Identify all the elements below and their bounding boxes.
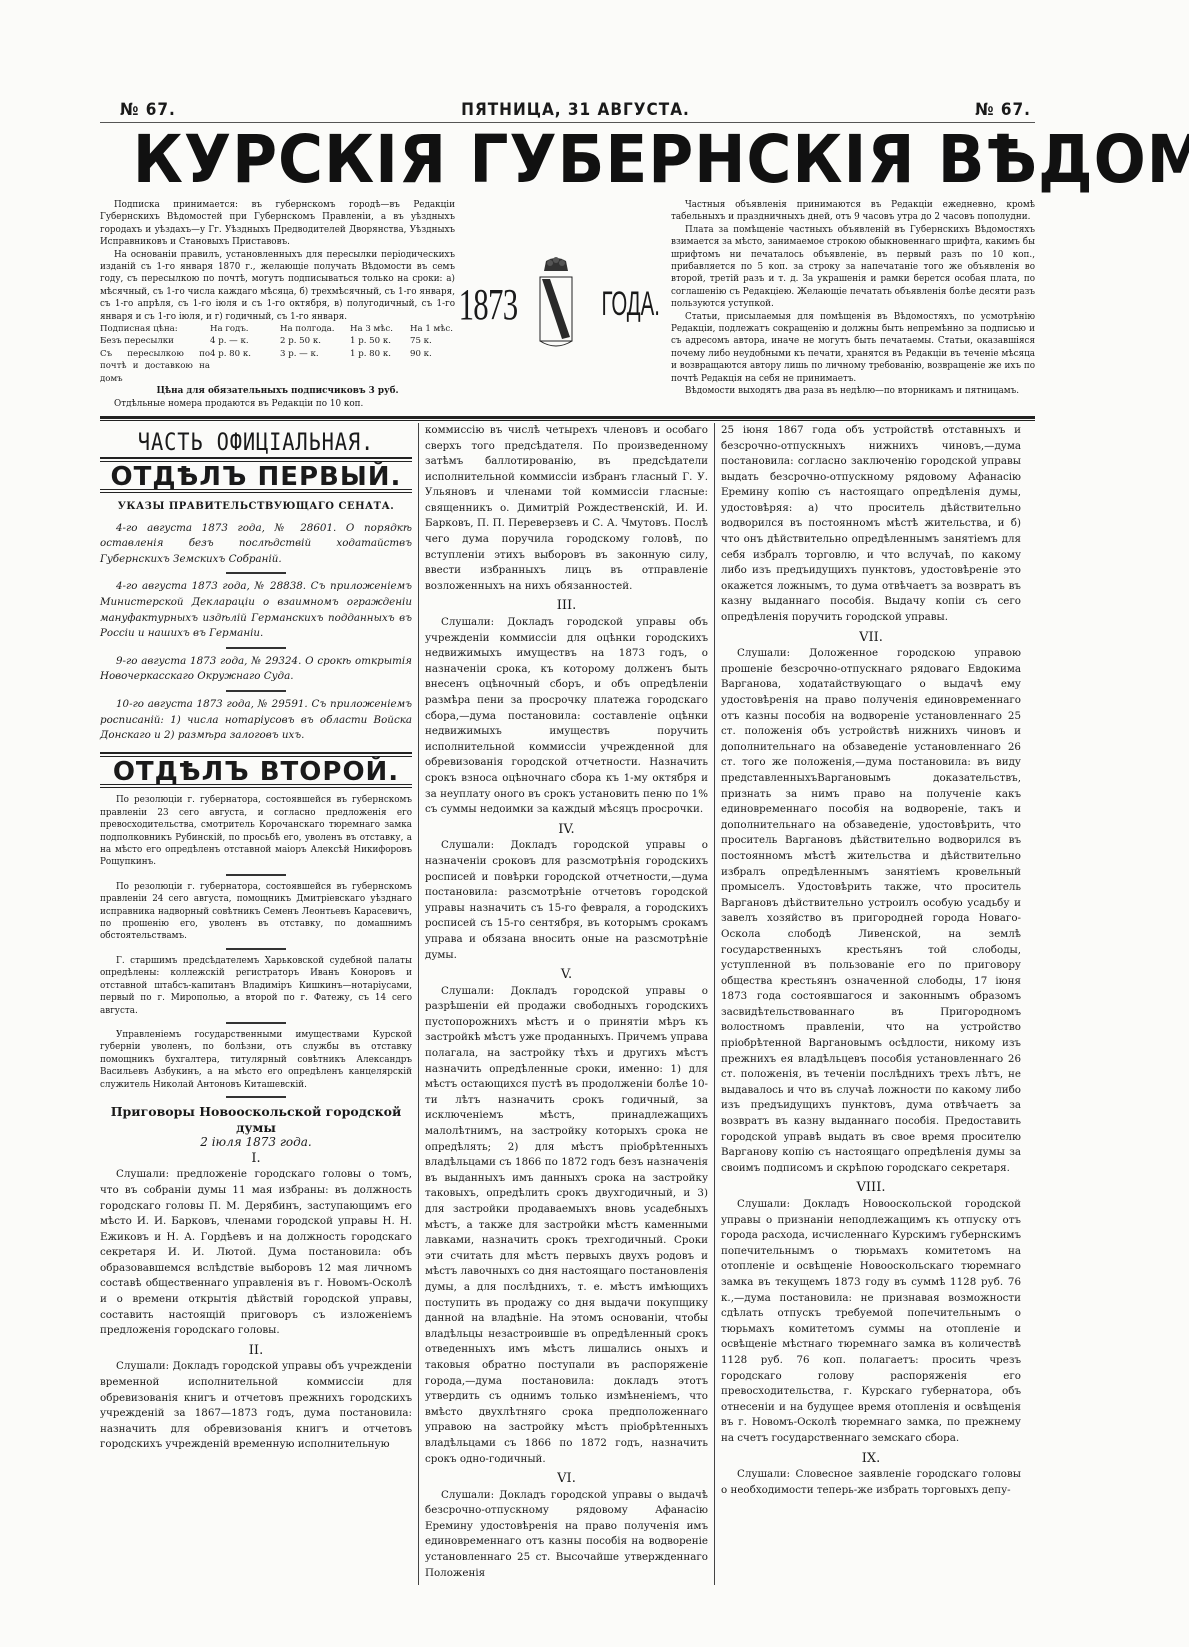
column-2: коммиссію въ числѣ четырехъ членовъ и ос…	[418, 423, 715, 1585]
order-item: Управленіемъ государственными имуществам…	[100, 1029, 412, 1091]
verdict-item: Слушали: Докладъ городской управы о назн…	[425, 838, 708, 963]
price-row1-year: 4 р. — к.	[210, 335, 280, 347]
issue-number-right: № 67.	[975, 100, 1031, 120]
emblem-block: 1873 ГОДА.	[463, 199, 663, 410]
item-number: VIII.	[721, 1180, 1021, 1196]
price-header-half: На полгода.	[280, 323, 350, 335]
verdict-item: Слушали: Словесное заявленіе городскаго …	[721, 1467, 1021, 1498]
issue-line: № 67. ПЯТНИЦА, 31 АВГУСТА. № 67.	[100, 100, 1035, 123]
decree-item: 10-го августа 1873 года, № 29591. Съ при…	[100, 697, 412, 744]
subscription-info: Подписка принимается: въ губернскомъ гор…	[100, 199, 455, 410]
column-3: 25 іюня 1867 года объ устройствѣ отставн…	[715, 423, 1027, 1585]
separator	[226, 647, 286, 649]
section-first-title: ОТДѢЛЪ ПЕРВЫЙ.	[100, 470, 412, 486]
section-second-title: ОТДѢЛЪ ВТОРОЙ.	[100, 765, 412, 781]
verdict-item: Слушали: Докладъ городской управы о разр…	[425, 984, 708, 1467]
order-item: Г. старшимъ предсѣдателемъ Харьковской с…	[100, 955, 412, 1017]
decree-item: 4-го августа 1873 года, № 28838. Съ прил…	[100, 579, 412, 641]
decree-item: 9-го августа 1873 года, № 29324. О срокѣ…	[100, 654, 412, 685]
separator	[226, 874, 286, 876]
divider	[100, 457, 412, 462]
header-rule	[100, 416, 1035, 421]
order-item: По резолюціи г. губернатора, состоявшейс…	[100, 794, 412, 868]
official-part-title: ЧАСТЬ ОФИЦІАЛЬНАЯ.	[123, 435, 388, 451]
separator	[226, 1022, 286, 1024]
price-row1-1m: 75 к.	[410, 335, 455, 347]
price-row1-3m: 1 р. 50 к.	[350, 335, 410, 347]
subscription-p1: Подписка принимается: въ губернскомъ гор…	[100, 199, 455, 249]
separator	[226, 572, 286, 574]
newspaper-page: № 67. ПЯТНИЦА, 31 АВГУСТА. № 67. КУРСКІЯ…	[100, 100, 1035, 1585]
price-header-label: Подписная цѣна:	[100, 323, 210, 335]
ads-p2: Плата за помѣщеніе частныхъ объявленій в…	[671, 224, 1035, 311]
price-row1-label: Безъ пересылки	[100, 335, 210, 347]
separator	[226, 1096, 286, 1098]
separator	[226, 948, 286, 950]
item-number: IV.	[425, 822, 708, 838]
item-number: IX.	[721, 1451, 1021, 1467]
continued-text: коммиссію въ числѣ четырехъ членовъ и ос…	[425, 423, 708, 595]
decree-item: 4-го августа 1873 года, № 28601. О поряд…	[100, 521, 412, 568]
item-number: VII.	[721, 630, 1021, 646]
price-row2-half: 3 р. — к.	[280, 348, 350, 385]
verdict-item: Слушали: Докладъ городской управы объ уч…	[100, 1359, 412, 1453]
price-row2-1m: 90 к.	[410, 348, 455, 385]
price-row2-year: 4 р. 80 к.	[210, 348, 280, 385]
ads-p4: Вѣдомости выходятъ два раза въ недѣлю—по…	[671, 385, 1035, 397]
verdict-item: Слушали: Докладъ городской управы объ уч…	[425, 615, 708, 818]
verdict-item: Слушали: предложеніе городскаго головы о…	[100, 1167, 412, 1339]
item-number: II.	[100, 1343, 412, 1359]
goda-label: ГОДА.	[602, 299, 660, 310]
subscription-p2: На основаніи правилъ, установленныхъ для…	[100, 249, 455, 323]
price-header-year: На годъ.	[210, 323, 280, 335]
separator	[226, 690, 286, 692]
year-label: 1873	[459, 299, 518, 310]
item-number: VI.	[425, 1471, 708, 1487]
senate-decrees-title: УКАЗЫ ПРАВИТЕЛЬСТВУЮЩАГО СЕНАТА.	[100, 499, 412, 515]
price-header-1m: На 1 мѣс.	[410, 323, 455, 335]
price-row2-3m: 1 р. 80 к.	[350, 348, 410, 385]
advertising-info: Частныя объявленія принимаются въ Редакц…	[671, 199, 1035, 410]
item-number: III.	[425, 598, 708, 614]
issue-number-left: № 67.	[120, 100, 176, 120]
price-header-3m: На 3 мѣс.	[350, 323, 410, 335]
duma-verdicts-title: Приговоры Новооскольской городской думы	[100, 1104, 412, 1135]
price-row1-half: 2 р. 50 к.	[280, 335, 350, 347]
single-issue-price: Отдѣльные номера продаются въ Редакціи п…	[100, 398, 455, 410]
newspaper-title: КУРСКІЯ ГУБЕРНСКІЯ ВѢДОМОСТИ.	[133, 125, 1003, 195]
ads-p1: Частныя объявленія принимаются въ Редакц…	[671, 199, 1035, 224]
ads-p3: Статьи, присылаемыя для помѣщенія въ Вѣд…	[671, 311, 1035, 385]
body-columns: ЧАСТЬ ОФИЦІАЛЬНАЯ. ОТДѢЛЪ ПЕРВЫЙ. УКАЗЫ …	[100, 423, 1035, 1585]
duma-verdicts-date: 2 іюля 1873 года.	[100, 1135, 412, 1151]
issue-date: ПЯТНИЦА, 31 АВГУСТА.	[461, 100, 690, 120]
price-row2-label: Съ пересылкою по почтѣ и доставкою на до…	[100, 348, 210, 385]
verdict-item: Слушали: Доложенное городскою управою пр…	[721, 646, 1021, 1176]
verdict-item: Слушали: Докладъ городской управы о выда…	[425, 1488, 708, 1582]
obligatory-price: Цѣна для обязательныхъ подписчиковъ 3 ру…	[100, 385, 455, 397]
coat-of-arms-icon	[536, 257, 576, 352]
verdict-item: Слушали: Докладъ Новооскольской городско…	[721, 1197, 1021, 1447]
item-number: I.	[100, 1151, 412, 1167]
header-block: Подписка принимается: въ губернскомъ гор…	[100, 199, 1035, 410]
column-1: ЧАСТЬ ОФИЦІАЛЬНАЯ. ОТДѢЛЪ ПЕРВЫЙ. УКАЗЫ …	[100, 423, 418, 1585]
item-number: V.	[425, 967, 708, 983]
order-item: По резолюціи г. губернатора, состоявшейс…	[100, 881, 412, 943]
continued-text: 25 іюня 1867 года объ устройствѣ отставн…	[721, 423, 1021, 626]
price-table: Подписная цѣна: На годъ. На полгода. На …	[100, 323, 455, 385]
